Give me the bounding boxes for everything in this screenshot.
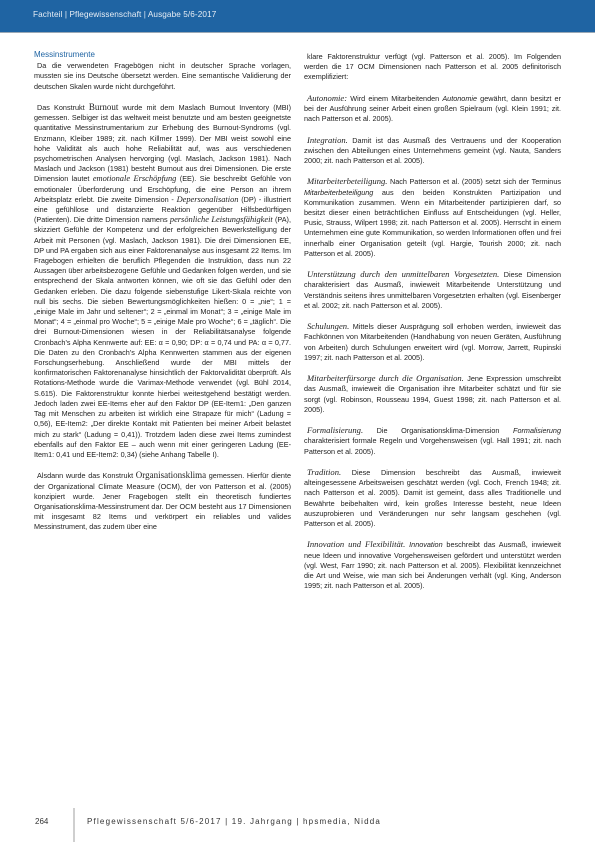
footer-divider (73, 808, 75, 842)
dimension-mitarbeiterbeteiligung: Mitarbeiterbeteiligung. Nach Patterson e… (304, 176, 561, 259)
text: (PA), skizziert Gefühle der Kompetenz un… (34, 215, 291, 459)
dimension-title: Mitarbeiterbeteiligung. (307, 176, 387, 186)
dimension-formalisierung: Formalisierung. Die Organisationsklima-D… (304, 425, 561, 457)
dimension-title: Innovation und Flexibilität. (307, 539, 405, 549)
term-pa: persönliche Leistungsfähigkeit (170, 215, 273, 224)
paragraph-organisationsklima: Alsdann wurde das Konstrukt Organisation… (34, 470, 291, 532)
paragraph-burnout: Das Konstrukt Burnout wurde mit dem Masl… (34, 102, 291, 460)
text: Nach Patterson et al. (2005) setzt sich … (387, 177, 561, 186)
dimension-integration: Integration. Damit ist das Ausmaß des Ve… (304, 135, 561, 167)
text: Die Organisationsklima-Dimension (363, 426, 513, 435)
page-footer: 264 Pflegewissenschaft 5/6-2017 | 19. Ja… (0, 808, 595, 842)
dimension-title: Autonomie: (307, 93, 347, 103)
dimension-title: Formalisierung. (307, 425, 363, 435)
journal-line: Pflegewissenschaft 5/6-2017 | 19. Jahrga… (87, 817, 381, 826)
dimension-unterstuetzung: Unterstützung durch den unmittelbaren Vo… (304, 269, 561, 311)
emphasis: Autonomie (442, 94, 477, 103)
page-number: 264 (35, 817, 48, 826)
term-dp: Depersonalisation (177, 195, 239, 204)
dimension-autonomie: Autonomie: Wird einem Mitarbeitenden Aut… (304, 93, 561, 125)
section-title: Messinstrumente (34, 50, 291, 60)
text: charakterisiert formale Regeln und Vorge… (304, 436, 561, 455)
running-title: Fachteil | Pflegewissenschaft | Ausgabe … (33, 10, 216, 19)
running-header-bar: Fachteil | Pflegewissenschaft | Ausgabe … (0, 0, 595, 33)
term-ee: emotionale Erschöpfung (93, 174, 177, 183)
term-burnout: Burnout (89, 102, 119, 112)
emphasis: Formalisierung (513, 426, 561, 435)
dimension-title: Integration. (307, 135, 348, 145)
term-organisationsklima: Organisationsklima (136, 470, 206, 480)
dimension-title: Mitarbeiterfürsorge durch die Organisati… (307, 373, 464, 383)
dimension-tradition: Tradition. Diese Dimension beschreibt da… (304, 467, 561, 529)
dimension-innovation: Innovation und Flexibilität. Innovation … (304, 539, 561, 591)
text: wurde mit dem Maslach Burnout Inventory … (34, 103, 291, 183)
emphasis: Mitarbeiterbeteiligung (304, 188, 373, 197)
dimension-schulungen: Schulungen. Mittels dieser Ausprägung so… (304, 321, 561, 363)
dimension-title: Tradition. (307, 467, 341, 477)
text: gemessen. Hierfür diente der Organizatio… (34, 471, 291, 531)
text: Alsdann wurde das Konstrukt (37, 471, 136, 480)
text: Diese Dimension beschreibt das Ausmaß, i… (304, 468, 561, 528)
dimension-title: Unterstützung durch den unmittelbaren Vo… (307, 269, 499, 279)
dimension-mitarbeiterfuersorge: Mitarbeiterfürsorge durch die Organisati… (304, 373, 561, 415)
right-column: klare Faktorenstruktur verfügt (vgl. Pat… (304, 52, 561, 602)
paragraph-continuation: klare Faktorenstruktur verfügt (vgl. Pat… (304, 52, 561, 83)
paragraph-intro: Da die verwendeten Fragebögen nicht in d… (34, 61, 291, 92)
text: Wird einem Mitarbeitenden (347, 94, 442, 103)
dimension-title: Schulungen. (307, 321, 349, 331)
text: aus den beiden Konstrukten Partizipation… (304, 188, 561, 258)
left-column: Messinstrumente Da die verwendeten Frage… (34, 50, 291, 543)
text: Das Konstrukt (37, 103, 89, 112)
emphasis: Innovation (409, 540, 442, 549)
